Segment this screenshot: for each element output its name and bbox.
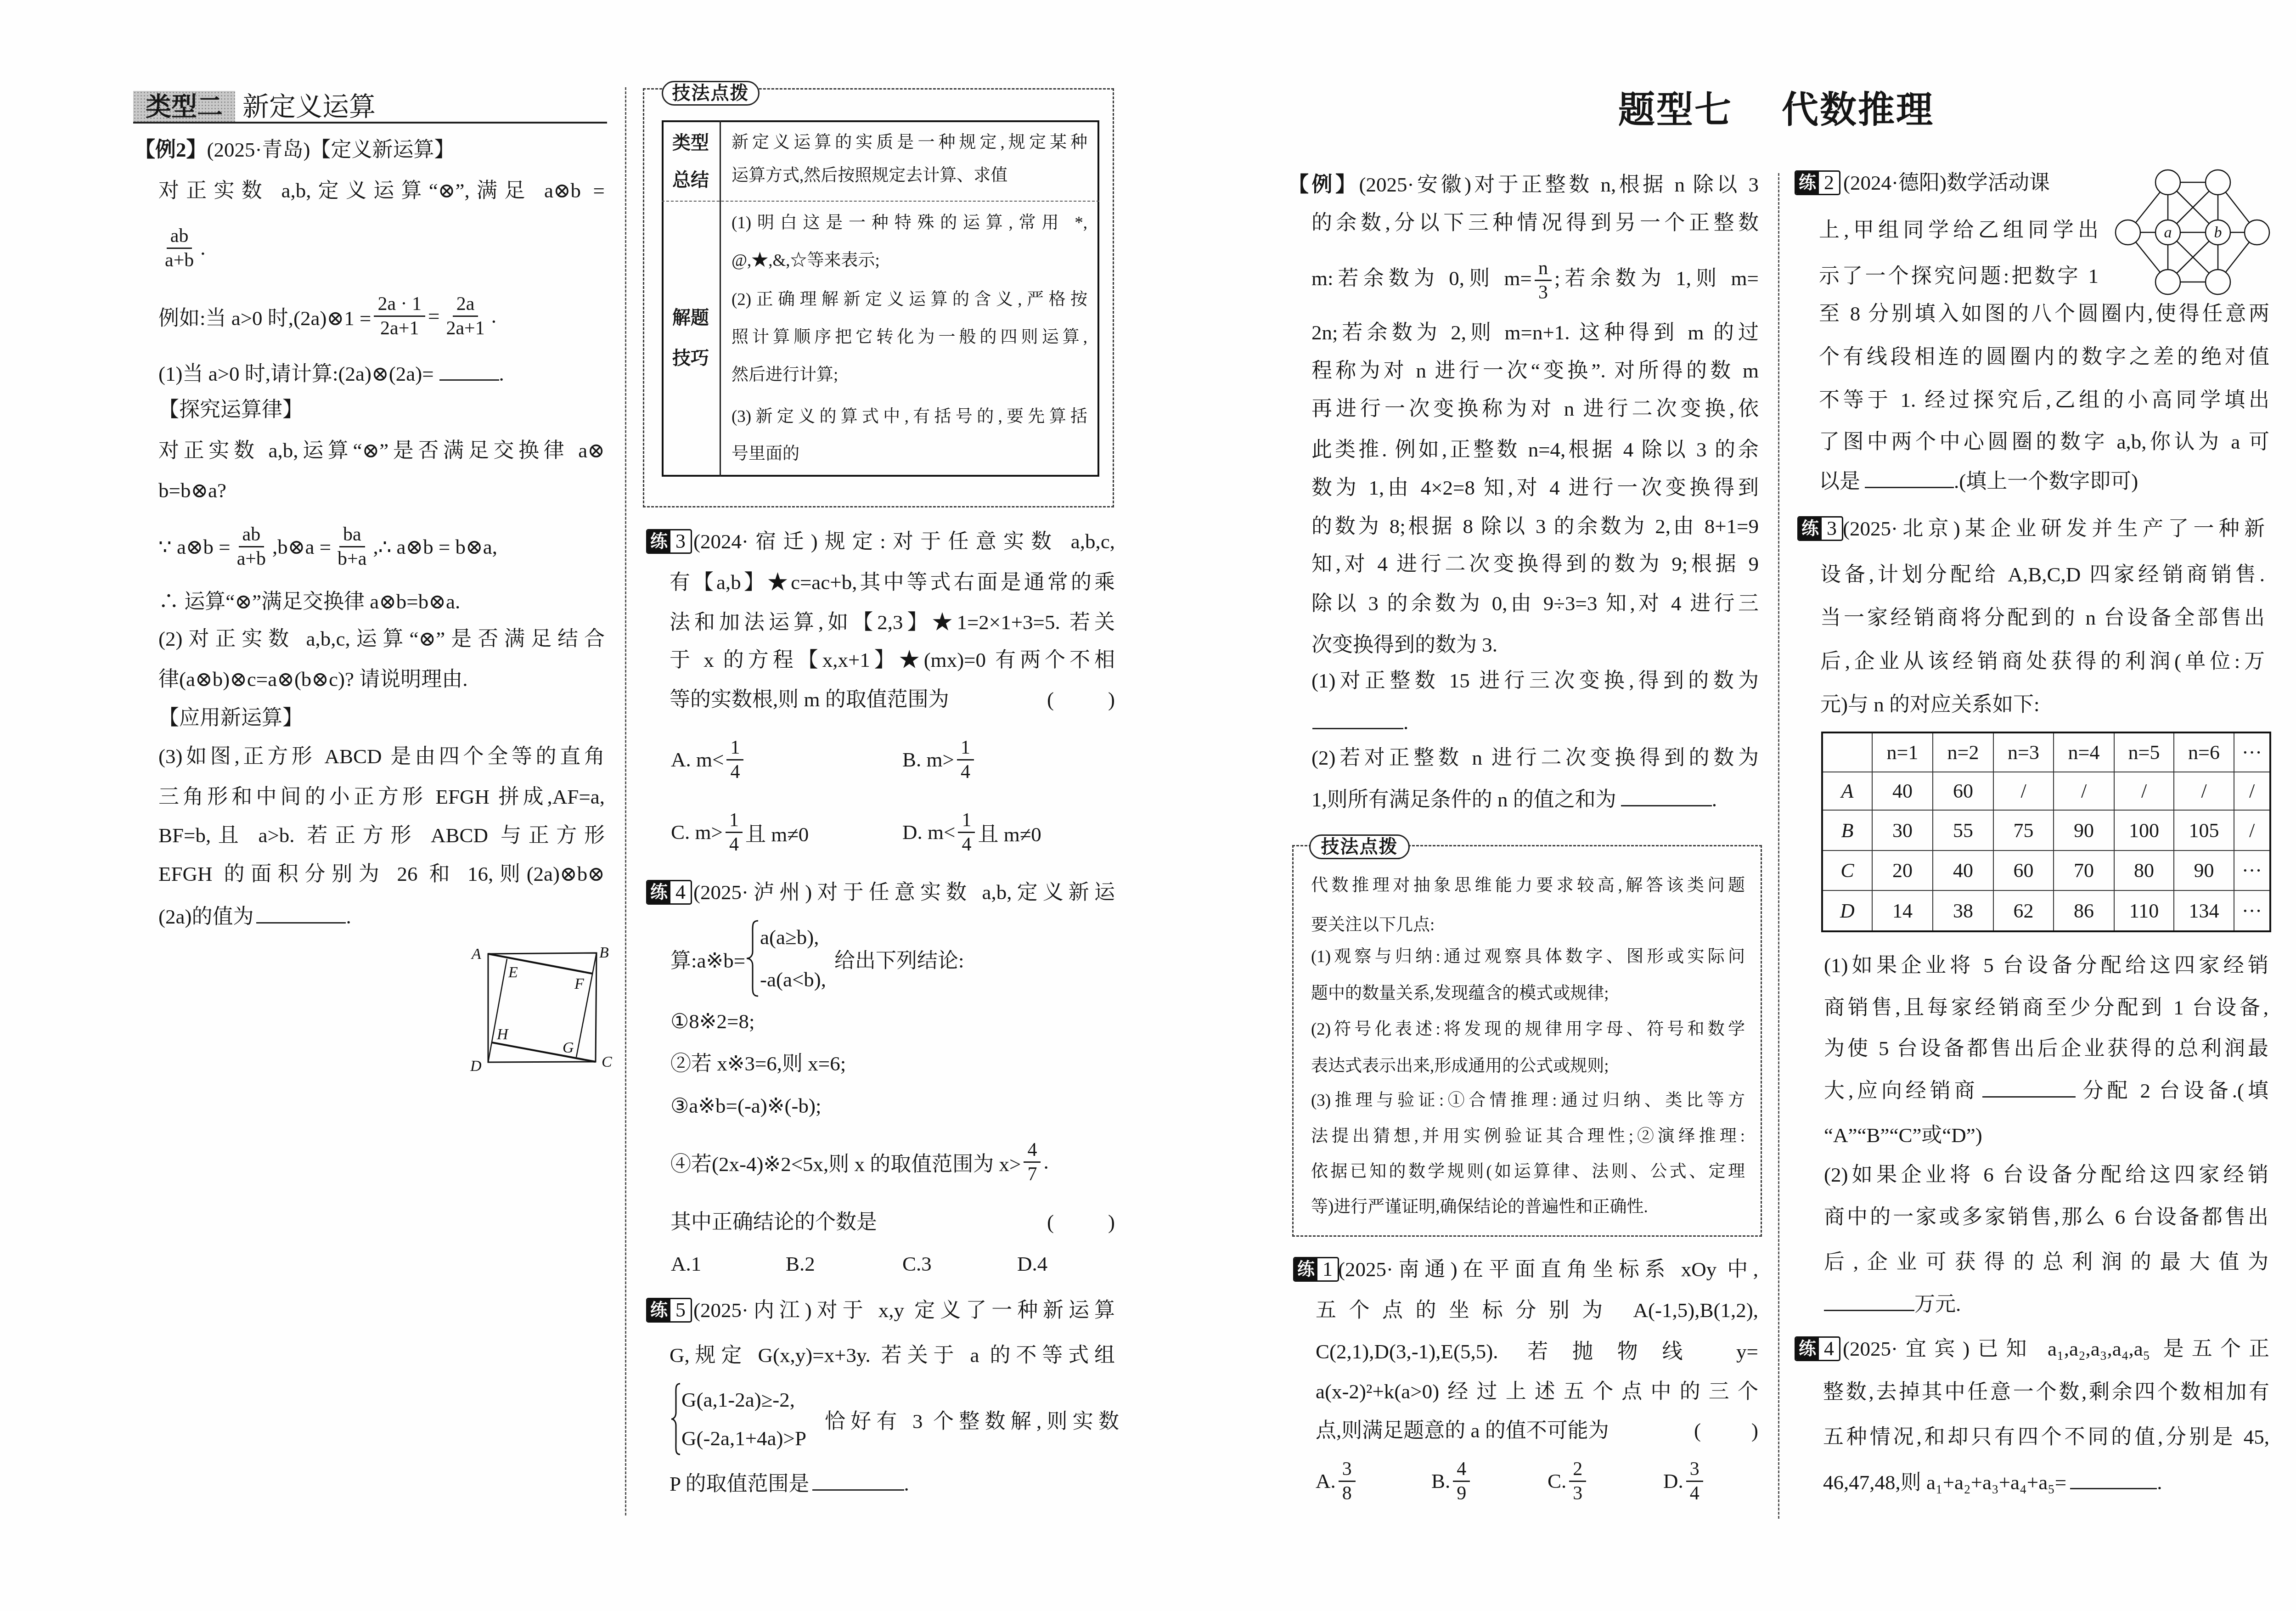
answer-blank <box>1824 1290 1914 1311</box>
practice-line: 等的实数根,则 m 的取值范围为 <box>670 686 949 713</box>
fraction: aba+b <box>161 225 197 272</box>
table-cell: / <box>1993 772 2054 810</box>
table-header-cell: n=4 <box>2054 732 2114 772</box>
example-heading: 【例2】(2025·青岛)【定义新运算】 <box>135 136 455 163</box>
fraction-numerator: 1 <box>726 809 743 833</box>
practice-line: 后,企业从该经销商处获得的利润(单位:万 <box>1820 648 2265 675</box>
practice-line: (2025·泸州)对于任意实数 a,b,定义新运 <box>693 879 1115 906</box>
table-cell: / <box>2174 772 2234 810</box>
fraction-numerator: 1 <box>958 809 975 833</box>
fraction-denominator: 7 <box>1024 1163 1041 1186</box>
graph-edges <box>2128 182 2257 282</box>
tips-line: 然后进行计算; <box>732 364 838 386</box>
practice-badge: 练3 <box>1797 516 1843 541</box>
fraction: 49 <box>1453 1458 1470 1505</box>
practice-line: 设备,计划分配给 A,B,C,D 四家经销商销售. <box>1820 561 2265 588</box>
fraction: aba+b <box>233 523 270 570</box>
tips-line: 依据已知的数学规则(如运算律、法则、公式、定理 <box>1311 1161 1745 1183</box>
practice-line: 于 x 的方程【x,x+1】★(mx)=0 有两个不相 <box>670 646 1115 674</box>
table-header-cell: ··· <box>2234 732 2270 772</box>
practice-label: 练 <box>1799 518 1822 540</box>
vertex-label-e: E <box>508 964 518 981</box>
practice-line: 了图中两个中心圆圈的数字 a,b,你认为 a 可 <box>1819 428 2269 456</box>
tips-line: @,★,&,☆等来表示; <box>732 250 880 272</box>
table-cell: / <box>2114 772 2174 810</box>
explore-line: 对正实数 a,b,运算“⊗”是否满足交换律 a⊗ <box>158 437 605 464</box>
table-cell: / <box>2234 772 2270 810</box>
table-cell: 90 <box>2174 851 2234 890</box>
table-header-cell: n=6 <box>2174 732 2234 772</box>
vertex-label-h: H <box>496 1026 509 1043</box>
practice-line: 当一家经销商将分配到的 n 台设备全部售出 <box>1820 604 2265 631</box>
fraction-denominator: 4 <box>726 760 743 783</box>
table-cell: 20 <box>1872 851 1933 890</box>
vertex-label-b: B <box>599 944 609 961</box>
section-tag: 类型二 <box>133 91 235 123</box>
chapter-title-number: 题型七 <box>1618 87 1733 133</box>
text-segment: 算:a※b= <box>670 944 745 974</box>
tips-line: 题中的数量关系,发现蕴含的模式或规律; <box>1311 983 1609 1005</box>
tips-row-label: 类型 <box>662 132 720 154</box>
fraction-denominator: 3 <box>1535 281 1552 304</box>
table-row: B 30 55 75 90 100 105 / <box>1822 810 2270 851</box>
tips-badge: 技法点拨 <box>1309 834 1410 859</box>
answer-parentheses: ( ) <box>1694 1417 1758 1444</box>
text-segment: .(填上一个数字即可) <box>1954 470 2138 493</box>
tips-line: 运算方式,然后按照规定去计算、求值 <box>732 165 1007 187</box>
proof-line: ∵ a⊗b = aba+b ,b⊗a = bab+a ,∴ a⊗b = b⊗a, <box>158 521 497 572</box>
segment-ch <box>492 1042 596 1062</box>
example-line: 除以 3 的余数为 0,由 9÷3=3 知,对 4 进行三 <box>1311 590 1759 617</box>
question-text: 以是 <box>1819 470 1860 493</box>
fraction: 2a2a+1 <box>442 293 488 340</box>
tips-row-label: 技巧 <box>662 347 720 369</box>
question-line: (1)如果企业将 5 台设备分配给这四家经销 <box>1824 952 2268 979</box>
node-label-a: a <box>2164 224 2172 241</box>
fraction: bab+a <box>334 523 370 570</box>
tips-row-label: 总结 <box>662 169 720 191</box>
practice-line: (2025·宜宾)已知 a₁,a₂,a₃,a₄,a₅ 是五个正 <box>1843 1335 2269 1363</box>
option-label: D. <box>1663 1469 1683 1493</box>
practice-label: 练 <box>647 1299 670 1321</box>
text-segment: 分配 2 台设备.(填 <box>2079 1079 2268 1102</box>
table-cell: 30 <box>1872 810 1933 851</box>
question-1-answer-line: . <box>1312 708 1408 736</box>
option-d: D. m<14且 m≠0 <box>902 807 1041 857</box>
vertex-label-a: A <box>471 946 481 963</box>
question-3-line: BF=b,且 a>b. 若正方形 ABCD 与正方形 <box>158 822 605 849</box>
example-text: (2025·安徽)对于正整数 n,根据 n 除以 3 <box>1359 173 1759 196</box>
table-cell: 90 <box>2054 810 2114 851</box>
answer-blank <box>1312 708 1403 729</box>
punctuation: . <box>491 304 496 328</box>
conclusion-item: ②若 x※3=6,则 x=6; <box>670 1050 846 1077</box>
fraction-denominator: 4 <box>1686 1482 1703 1505</box>
example-line: 的余数,分以下三种情况得到另一个正整数 <box>1311 209 1759 237</box>
fraction-numerator: 3 <box>1339 1458 1356 1482</box>
punctuation: . <box>1712 788 1717 811</box>
table-cell: 105 <box>2174 810 2234 851</box>
example-line: 数为 1,由 4×2=8 知,对 4 进行一次变换得到 <box>1311 474 1759 501</box>
tips-line: (2)正确理解新定义运算的含义,严格按 <box>732 289 1087 311</box>
table-row: D 14 38 62 86 110 134 ··· <box>1822 890 2270 931</box>
practice-line: (2024·宿迁)规定:对于任意实数 a,b,c, <box>693 528 1115 555</box>
question-2-last-line: 1,则所有满足条件的 n 的值之和为. <box>1311 785 1717 813</box>
practice-line: 法和加法运算,如【2,3】★1=2×1+3=5. 若关 <box>670 608 1115 636</box>
answer-blank <box>256 902 346 924</box>
option-c: C.3 <box>902 1250 932 1278</box>
practice-badge: 练1 <box>1293 1257 1339 1282</box>
practice-line: 五个点的坐标分别为 A(-1,5),B(1,2), <box>1316 1296 1758 1324</box>
practice-line: 示了一个探究问题:把数字 1 <box>1819 262 2099 290</box>
vertex-label-d: D <box>470 1058 482 1075</box>
text-segment: ,b⊗a = <box>272 535 331 559</box>
answer-parentheses: ( ) <box>1047 686 1115 713</box>
tips-line: 代数推理对抽象思维能力要求较高,解答该类问题 <box>1311 875 1745 897</box>
practice-line: a(x-2)²+k(a>0)经过上述五个点中的三个 <box>1316 1378 1758 1405</box>
table-cell: ··· <box>2234 890 2270 931</box>
answer-blank <box>1621 785 1712 806</box>
table-header-cell: n=5 <box>2114 732 2174 772</box>
table-cell: 86 <box>2054 890 2114 931</box>
fraction: 14 <box>726 809 743 856</box>
question-line: (2)如果企业将 6 台设备分配给这四家经销 <box>1824 1161 2268 1189</box>
tips-line: 等)进行严谨证明,确保结论的普遍性和正确性. <box>1311 1196 1648 1218</box>
answer-blank <box>1982 1076 2076 1098</box>
text-segment: ④若(2x-4)※2<5x,则 x 的取值范围为 x> <box>670 1147 1021 1177</box>
fraction-denominator: 2a+1 <box>442 317 488 340</box>
question-3-line: 三角形和中间的小正方形 EFGH 拼成,AF=a, <box>158 783 605 811</box>
question-text: (1)当 a>0 时,请计算:(2a)⊗(2a)= <box>158 362 434 385</box>
practice-line: 整数,去掉其中任意一个数,剩余四个数相加有 <box>1823 1378 2269 1406</box>
question-line: “A”“B”“C”或“D”) <box>1824 1121 1982 1149</box>
fraction: 2a · 12a+1 <box>374 293 425 340</box>
vertex-label-c: C <box>602 1053 612 1070</box>
option-c: C.23 <box>1548 1456 1589 1506</box>
practice-line: (2025·南通)在平面直角坐标系 xOy 中, <box>1338 1256 1758 1283</box>
answer-blank <box>1865 467 1954 488</box>
tips-line: (3)新定义的算式中,有括号的,要先算括 <box>732 406 1087 428</box>
example-line: 程称为对 n 进行一次“变换”. 对所得的数 m <box>1311 357 1759 384</box>
fraction-numerator: 3 <box>1686 1458 1703 1482</box>
tips-line: (1)观察与归纳:通过观察具体数字、图形或实际问 <box>1311 946 1745 968</box>
practice-number: 4 <box>670 881 691 903</box>
eight-circle-graph-figure: a b <box>2108 165 2273 299</box>
conclusion-line: ∴ 运算“⊗”满足交换律 a⊗b=b⊗a. <box>158 588 460 615</box>
fraction: 34 <box>1686 1458 1703 1505</box>
punctuation: . <box>200 236 205 260</box>
fraction: 23 <box>1569 1458 1586 1505</box>
example-line: 知,对 4 进行二次变换得到的数为 9;根据 9 <box>1311 550 1759 578</box>
punctuation: . <box>346 905 351 928</box>
fraction-numerator: ab <box>167 225 192 249</box>
text-segment: m:若余数为 0,则 m= <box>1311 267 1532 290</box>
fraction: 14 <box>957 736 974 783</box>
table-header-cell: n=1 <box>1872 732 1933 772</box>
tips-line: 号里面的 <box>732 443 799 465</box>
question-text: 46,47,48,则 a₁+a₂+a₃+a₄+a₅= <box>1823 1471 2066 1494</box>
fraction-denominator: a+b <box>161 249 197 272</box>
fraction: 14 <box>726 736 743 783</box>
practice-line: G,规定 G(x,y)=x+3y. 若关于 a 的不等式组 <box>670 1341 1115 1369</box>
vertex-label-g: G <box>563 1039 574 1056</box>
table-cell: 80 <box>2114 851 2174 890</box>
practice-badge: 练3 <box>646 529 692 554</box>
segment-bg <box>576 953 597 1057</box>
table-cell: 62 <box>1993 890 2054 931</box>
table-cell: 60 <box>1933 772 1993 810</box>
section-underline <box>133 122 607 124</box>
tips-row-label: 解题 <box>662 307 720 329</box>
table-cell: 55 <box>1933 810 1993 851</box>
tips-table-row-divider <box>662 201 1099 202</box>
practice-number: 5 <box>670 1299 691 1321</box>
table-cell: 100 <box>2114 810 2174 851</box>
fraction-numerator: 2 <box>1569 1458 1586 1482</box>
table-cell: 40 <box>1933 851 1993 890</box>
question-text: 1,则所有满足条件的 n 的值之和为 <box>1311 788 1616 811</box>
fraction-numerator: 1 <box>957 736 974 760</box>
question-2-line: 律(a⊗b)⊗c=a⊗(b⊗c)? 请说明理由. <box>158 665 468 693</box>
cases: a(a≥b),-a(a<b), <box>760 916 826 1001</box>
practice-line: 点,则满足题意的 a 的值不可能为 <box>1316 1417 1609 1444</box>
option-label: A. m< <box>671 748 724 772</box>
punctuation: . <box>2157 1471 2162 1494</box>
chapter-title-topic: 代数推理 <box>1782 87 1934 133</box>
fraction-denominator: 9 <box>1453 1482 1470 1505</box>
fraction-numerator: 4 <box>1024 1138 1041 1163</box>
practice-number: 1 <box>1317 1258 1338 1280</box>
practice-line: 五种情况,和却只有四个不同的值,分别是 45, <box>1823 1423 2269 1451</box>
inequality-system: G(a,1-2a)≥-2,G(-2a,1+4a)>P 恰好有 3 个整数解,则实… <box>670 1380 1119 1458</box>
option-a: A.38 <box>1316 1456 1358 1506</box>
case-row: -a(a<b), <box>760 958 826 1001</box>
practice-badge: 练2 <box>1795 170 1840 195</box>
apply-heading: 【应用新运算】 <box>158 704 303 732</box>
question-line: 大,应向经销商分配 2 台设备.(填 <box>1824 1076 2268 1104</box>
practice-line: (2025·内江)对于 x,y 定义了一种新运算 <box>693 1296 1115 1324</box>
case-row: a(a≥b), <box>760 916 826 958</box>
fraction-denominator: 3 <box>1569 1482 1586 1505</box>
tips-line: (1)明白这是一种特殊的运算,常用 *, <box>732 212 1087 234</box>
practice-badge: 练5 <box>646 1298 692 1323</box>
segment-de <box>488 959 507 1062</box>
practice-number: 3 <box>670 530 691 552</box>
practice-number: 2 <box>1819 172 1839 194</box>
example-line: m:若余数为 0,则 m=n3;若余数为 1,则 m= <box>1311 253 1759 304</box>
option-c: C. m>14且 m≠0 <box>671 807 809 857</box>
question-1-line: (1)对正整数 15 进行三次变换,得到的数为 <box>1311 667 1759 694</box>
case-row: G(-2a,1+4a)>P <box>681 1419 806 1458</box>
practice-line: 有【a,b】★c=ac+b,其中等式右面是通常的乘 <box>670 569 1115 596</box>
text-segment: ;若余数为 1,则 m= <box>1554 267 1759 290</box>
practice-line: (2025·北京)某企业研发并生产了一种新 <box>1843 515 2265 542</box>
scanned-workbook-spread: 类型二 新定义运算 【例2】(2025·青岛)【定义新运算】 对正实数 a,b,… <box>0 0 2296 1611</box>
option-label: B. <box>1431 1469 1450 1493</box>
tips-line: (3)推理与验证:①合情推理:通过归纳、类比等方 <box>1311 1090 1745 1112</box>
example-line: 次变换得到的数为 3. <box>1311 631 1497 659</box>
text-segment: 给出下列结论: <box>834 944 964 974</box>
practice-line: (2024·德阳)数学活动课 <box>1843 169 2050 197</box>
left-brace-icon <box>745 919 760 997</box>
text-segment: ,∴ a⊗b = b⊗a, <box>373 535 497 559</box>
conclusion-item: ①8※2=8; <box>670 1008 754 1035</box>
question-line: 后,企业可获得的总利润的最大值为 <box>1824 1248 2268 1276</box>
question-2-line: (2)若对正整数 n 进行二次变换得到的数为 <box>1311 744 1759 772</box>
table-cell: ··· <box>2234 851 2270 890</box>
option-label: D. m< <box>902 820 955 844</box>
fraction-numerator: 2a <box>453 293 478 317</box>
answer-blank <box>2070 1468 2157 1489</box>
answer-blank <box>439 360 499 381</box>
conclusion-item: ④若(2x-4)※2<5x,则 x 的取值范围为 x>47. <box>670 1137 1049 1187</box>
text-segment: 万元. <box>1914 1293 1961 1316</box>
punctuation: . <box>904 1472 909 1495</box>
option-d: D.4 <box>1017 1250 1047 1278</box>
vertex-label-f: F <box>574 975 585 992</box>
option-label: B. m> <box>902 748 954 772</box>
tips-line: 新定义运算的实质是一种规定,规定某种 <box>732 132 1087 154</box>
table-cell: 70 <box>2054 851 2114 890</box>
fraction-numerator: 4 <box>1453 1458 1470 1482</box>
question-3-line: EFGH 的面积分别为 26 和 16,则(2a)⊗b⊗ <box>158 860 605 888</box>
option-label: C. <box>1548 1469 1566 1493</box>
question-3-last-line: (2a)的值为. <box>158 902 351 930</box>
fraction: 14 <box>958 809 975 856</box>
table-cell: / <box>2054 772 2114 810</box>
row-label: D <box>1822 890 1872 931</box>
answer-parentheses: ( ) <box>1047 1208 1115 1236</box>
option-suffix: 且 m≠0 <box>745 817 809 847</box>
example-tag: 【定义新运算】 <box>310 138 455 161</box>
column-divider <box>1778 173 1779 1519</box>
fraction-denominator: 8 <box>1339 1482 1356 1505</box>
practice-number: 3 <box>1822 518 1842 540</box>
example-label: 【例】 <box>1288 173 1359 196</box>
punctuation: . <box>1403 711 1408 734</box>
text-segment: 大,应向经销商 <box>1824 1079 1979 1102</box>
practice-line: 上,甲组同学给乙组同学出 <box>1819 216 2099 244</box>
question-line: 商中的一家或多家销售,那么 6 台设备都售出 <box>1824 1203 2268 1231</box>
fraction-numerator: 1 <box>726 736 743 760</box>
table-cell: 60 <box>1993 851 2054 890</box>
fraction-numerator: ba <box>339 523 365 547</box>
example-line: 2n;若余数为 2,则 m=n+1. 这种得到 m 的过 <box>1311 319 1759 346</box>
example-label: 【例2】 <box>135 138 207 161</box>
practice-line: C(2,1),D(3,-1),E(5,5). 若抛物线 y= <box>1316 1338 1758 1365</box>
practice-question: 其中正确结论的个数是 <box>670 1208 877 1236</box>
tips-line: 照计算顺序把它转化为一般的四则运算, <box>732 327 1087 349</box>
tips-line: 要关注以下几点: <box>1311 914 1435 936</box>
fraction-denominator: 4 <box>726 833 743 856</box>
tips-table-column-divider <box>720 120 721 477</box>
example-source: (2025·青岛) <box>207 138 310 161</box>
tips-line: 法提出猜想,并用实例验证其合理性;②演绎推理: <box>1311 1126 1745 1148</box>
question-2-line: (2)对正实数 a,b,c,运算“⊗”是否满足结合 <box>158 625 605 653</box>
text-segment: 例如:当 a>0 时,(2a)⊗1 = <box>158 301 371 331</box>
question-text: (2a)的值为 <box>158 905 253 928</box>
piecewise-definition: 算:a※b= a(a≥b),-a(a<b), 给出下列结论: <box>670 916 964 1001</box>
practice-line: 至 8 分别填入如图的八个圆圈内,使得任意两 <box>1819 300 2269 327</box>
text-segment: 恰好有 3 个整数解,则实数 <box>825 1404 1119 1434</box>
segment-af <box>488 954 592 974</box>
fraction-numerator: n <box>1535 257 1552 281</box>
explore-line: b=b⊗a? <box>158 477 226 504</box>
fraction-denominator: 4 <box>958 833 975 856</box>
fraction: 47 <box>1024 1138 1041 1186</box>
option-a: A.1 <box>671 1250 701 1278</box>
case-row: G(a,1-2a)≥-2, <box>681 1380 806 1419</box>
example-intro-line: 对正实数 a,b,定义运算“⊗”,满足 a⊗b = <box>158 177 605 204</box>
example-illustration-line: 例如:当 a>0 时,(2a)⊗1 = 2a · 12a+1 = 2a2a+1 … <box>158 291 496 341</box>
square-abcd-figure: A B C D E F G H <box>468 937 625 1084</box>
example-line: 此类推. 例如,正整数 n=4,根据 4 除以 3 的余 <box>1311 436 1759 463</box>
text-segment: ∵ a⊗b = <box>158 535 231 559</box>
fraction-denominator: 2a+1 <box>377 317 422 340</box>
table-header-row: n=1 n=2 n=3 n=4 n=5 n=6 ··· <box>1822 732 2270 772</box>
example-heading: 【例】(2025·安徽)对于正整数 n,根据 n 除以 3 <box>1288 171 1759 198</box>
question-line: 为使 5 台设备都售出后企业获得的总利润最 <box>1824 1035 2268 1062</box>
practice-line: 个有线段相连的圆圈内的数字之差的绝对值 <box>1819 343 2269 371</box>
conclusion-item: ③a※b=(-a)※(-b); <box>670 1092 822 1120</box>
option-b: B.49 <box>1431 1456 1473 1506</box>
example-line: 的数为 8;根据 8 除以 3 的余数为 2,由 8+1=9 <box>1311 513 1759 540</box>
table-cell: 134 <box>2174 890 2234 931</box>
option-suffix: 且 m≠0 <box>978 817 1041 847</box>
table-header-cell: n=2 <box>1933 732 1993 772</box>
practice-label: 练 <box>647 530 670 552</box>
section-title: 新定义运算 <box>242 91 376 123</box>
row-label: A <box>1822 772 1872 810</box>
column-divider <box>625 87 626 1515</box>
node-label-b: b <box>2214 224 2222 241</box>
question-1-line: (1)当 a>0 时,请计算:(2a)⊗(2a)=. <box>158 360 504 387</box>
option-b: B.2 <box>786 1250 815 1278</box>
question-3-line: (3)如图,正方形 ABCD 是由四个全等的直角 <box>158 743 605 770</box>
fraction-denominator: a+b <box>233 547 270 570</box>
example-line: 再进行一次变换称为对 n 进行二次变换,依 <box>1311 395 1759 422</box>
table-cell: / <box>2234 810 2270 851</box>
tips-line: (2)符号化表述:将发现的规律用字母、符号和数学 <box>1311 1019 1745 1041</box>
practice-last-line: P 的取值范围是. <box>670 1470 909 1497</box>
row-label: C <box>1822 851 1872 890</box>
outer-square <box>488 953 597 1062</box>
explore-heading: 【探究运算律】 <box>158 396 303 423</box>
text-segment: = <box>428 304 439 328</box>
table-cell: 14 <box>1872 890 1933 931</box>
practice-badge: 练4 <box>646 880 692 905</box>
fraction: n3 <box>1535 257 1552 304</box>
option-b: B. m>14 <box>902 734 977 785</box>
table-corner-cell <box>1822 732 1872 772</box>
left-brace-icon <box>670 1382 681 1456</box>
practice-last-line: 46,47,48,则 a₁+a₂+a₃+a₄+a₅=. <box>1823 1468 2162 1496</box>
profit-table: n=1 n=2 n=3 n=4 n=5 n=6 ··· A 40 60 / / … <box>1821 732 2271 932</box>
practice-label: 练 <box>647 881 670 903</box>
table-cell: 110 <box>2114 890 2174 931</box>
row-label: B <box>1822 810 1872 851</box>
practice-label: 练 <box>1796 172 1819 194</box>
question-answer-line: 万元. <box>1824 1290 1961 1318</box>
table-row: C 20 40 60 70 80 90 ··· <box>1822 851 2270 890</box>
practice-badge: 练4 <box>1795 1336 1840 1361</box>
practice-last-line: 以是.(填上一个数字即可) <box>1819 467 2138 495</box>
punctuation: . <box>1043 1150 1048 1174</box>
question-text: P 的取值范围是 <box>670 1472 810 1495</box>
question-line: 商销售,且每家经销商至少分配到 1 台设备, <box>1824 994 2268 1021</box>
answer-blank <box>812 1470 904 1491</box>
option-a: A. m<14 <box>671 734 746 785</box>
